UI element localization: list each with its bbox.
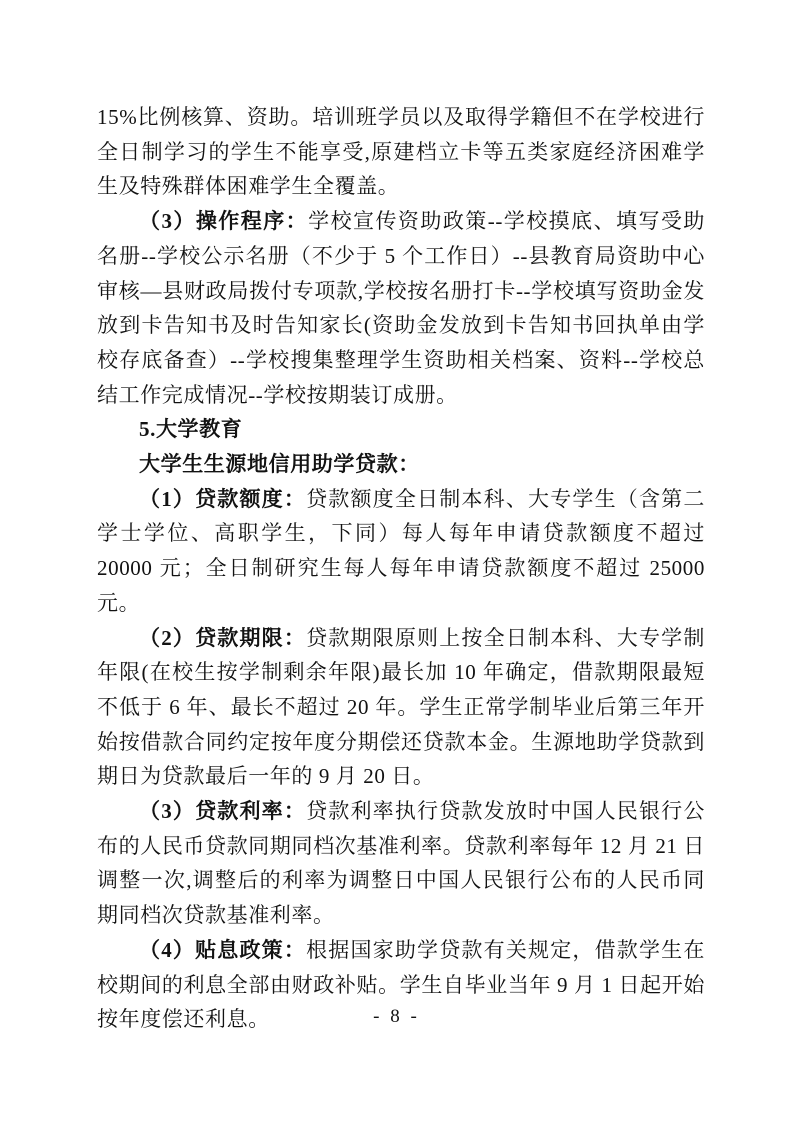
heading-university-education: 5.大学教育: [97, 412, 705, 447]
paragraph-loan-term-lead: （2）贷款期限：: [139, 626, 306, 650]
paragraph-operation-procedure-lead: （3）操作程序：: [139, 209, 308, 233]
page-number: - 8 -: [0, 1006, 793, 1028]
paragraph-operation-procedure-text: 学校宣传资助政策--学校摸底、填写受助名册--学校公示名册（不少于 5 个工作日…: [97, 209, 705, 407]
paragraph-loan-amount: （1）贷款额度：贷款额度全日制本科、大专学生（含第二学士学位、高职学生，下同）每…: [97, 482, 705, 621]
heading-student-origin-loan: 大学生生源地信用助学贷款：: [97, 447, 705, 482]
paragraph-loan-term: （2）贷款期限：贷款期限原则上按全日制本科、大专学制年限(在校生按学制剩余年限)…: [97, 621, 705, 795]
paragraph-loan-rate-lead: （3）贷款利率：: [139, 799, 306, 823]
paragraph-interest-subsidy-lead: （4）贴息政策：: [139, 938, 306, 962]
paragraph-loan-amount-lead: （1）贷款额度：: [139, 487, 306, 511]
paragraph-aid-coverage: 15%比例核算、资助。培训班学员以及取得学籍但不在学校进行全日制学习的学生不能享…: [97, 100, 705, 204]
paragraph-loan-rate: （3）贷款利率：贷款利率执行贷款发放时中国人民银行公布的人民币贷款同期同档次基准…: [97, 794, 705, 933]
document-body: 15%比例核算、资助。培训班学员以及取得学籍但不在学校进行全日制学习的学生不能享…: [97, 100, 705, 1037]
document-page: 15%比例核算、资助。培训班学员以及取得学籍但不在学校进行全日制学习的学生不能享…: [0, 0, 793, 1122]
paragraph-operation-procedure: （3）操作程序：学校宣传资助政策--学校摸底、填写受助名册--学校公示名册（不少…: [97, 204, 705, 412]
